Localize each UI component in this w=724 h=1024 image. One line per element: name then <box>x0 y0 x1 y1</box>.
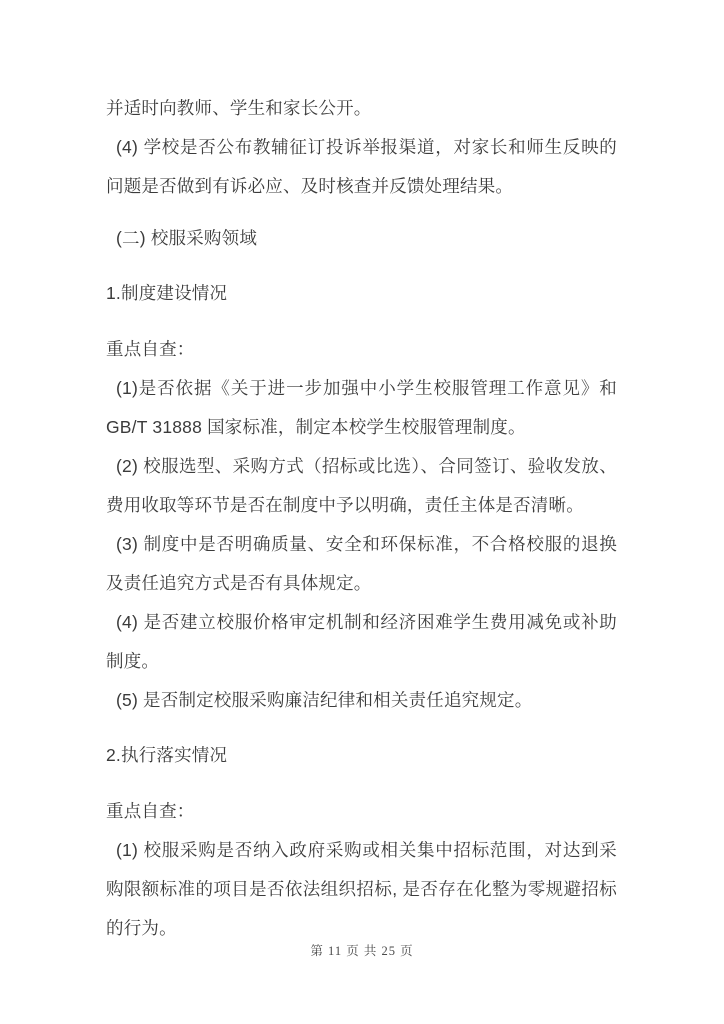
sub-heading-system-building: 1.制度建设情况 <box>106 274 617 313</box>
page-number-footer: 第 11 页 共 25 页 <box>0 941 724 959</box>
document-page: 并适时向教师、学生和家长公开。 (4) 学校是否公布教辅征订投诉举报渠道，对家长… <box>0 0 724 1024</box>
section-heading-uniform: (二) 校服采购领域 <box>106 219 617 258</box>
document-text-block: 并适时向教师、学生和家长公开。 (4) 学校是否公布教辅征订投诉举报渠道，对家长… <box>106 89 617 948</box>
sub-heading-implementation: 2.执行落实情况 <box>106 736 617 775</box>
self-check-label-2: 重点自查： <box>106 792 617 831</box>
paragraph-item-1-impl: (1) 校服采购是否纳入政府采购或相关集中招标范围，对达到采购限额标准的项目是否… <box>106 831 617 948</box>
paragraph-item-3: (3) 制度中是否明确质量、安全和环保标准，不合格校服的退换及责任追究方式是否有… <box>106 525 617 603</box>
paragraph-continuation: 并适时向教师、学生和家长公开。 <box>106 89 617 128</box>
paragraph-item-4: (4) 是否建立校服价格审定机制和经济困难学生费用减免或补助制度。 <box>106 603 617 681</box>
self-check-label-1: 重点自查： <box>106 330 617 369</box>
paragraph-item-5: (5) 是否制定校服采购廉洁纪律和相关责任追究规定。 <box>106 681 617 720</box>
paragraph-item-2: (2) 校服选型、采购方式（招标或比选）、合同签订、验收发放、费用收取等环节是否… <box>106 447 617 525</box>
paragraph-item-4-prev: (4) 学校是否公布教辅征订投诉举报渠道，对家长和师生反映的问题是否做到有诉必应… <box>106 128 617 206</box>
paragraph-item-1: (1)是否依据《关于进一步加强中小学生校服管理工作意见》和 GB/T 31888… <box>106 369 617 447</box>
